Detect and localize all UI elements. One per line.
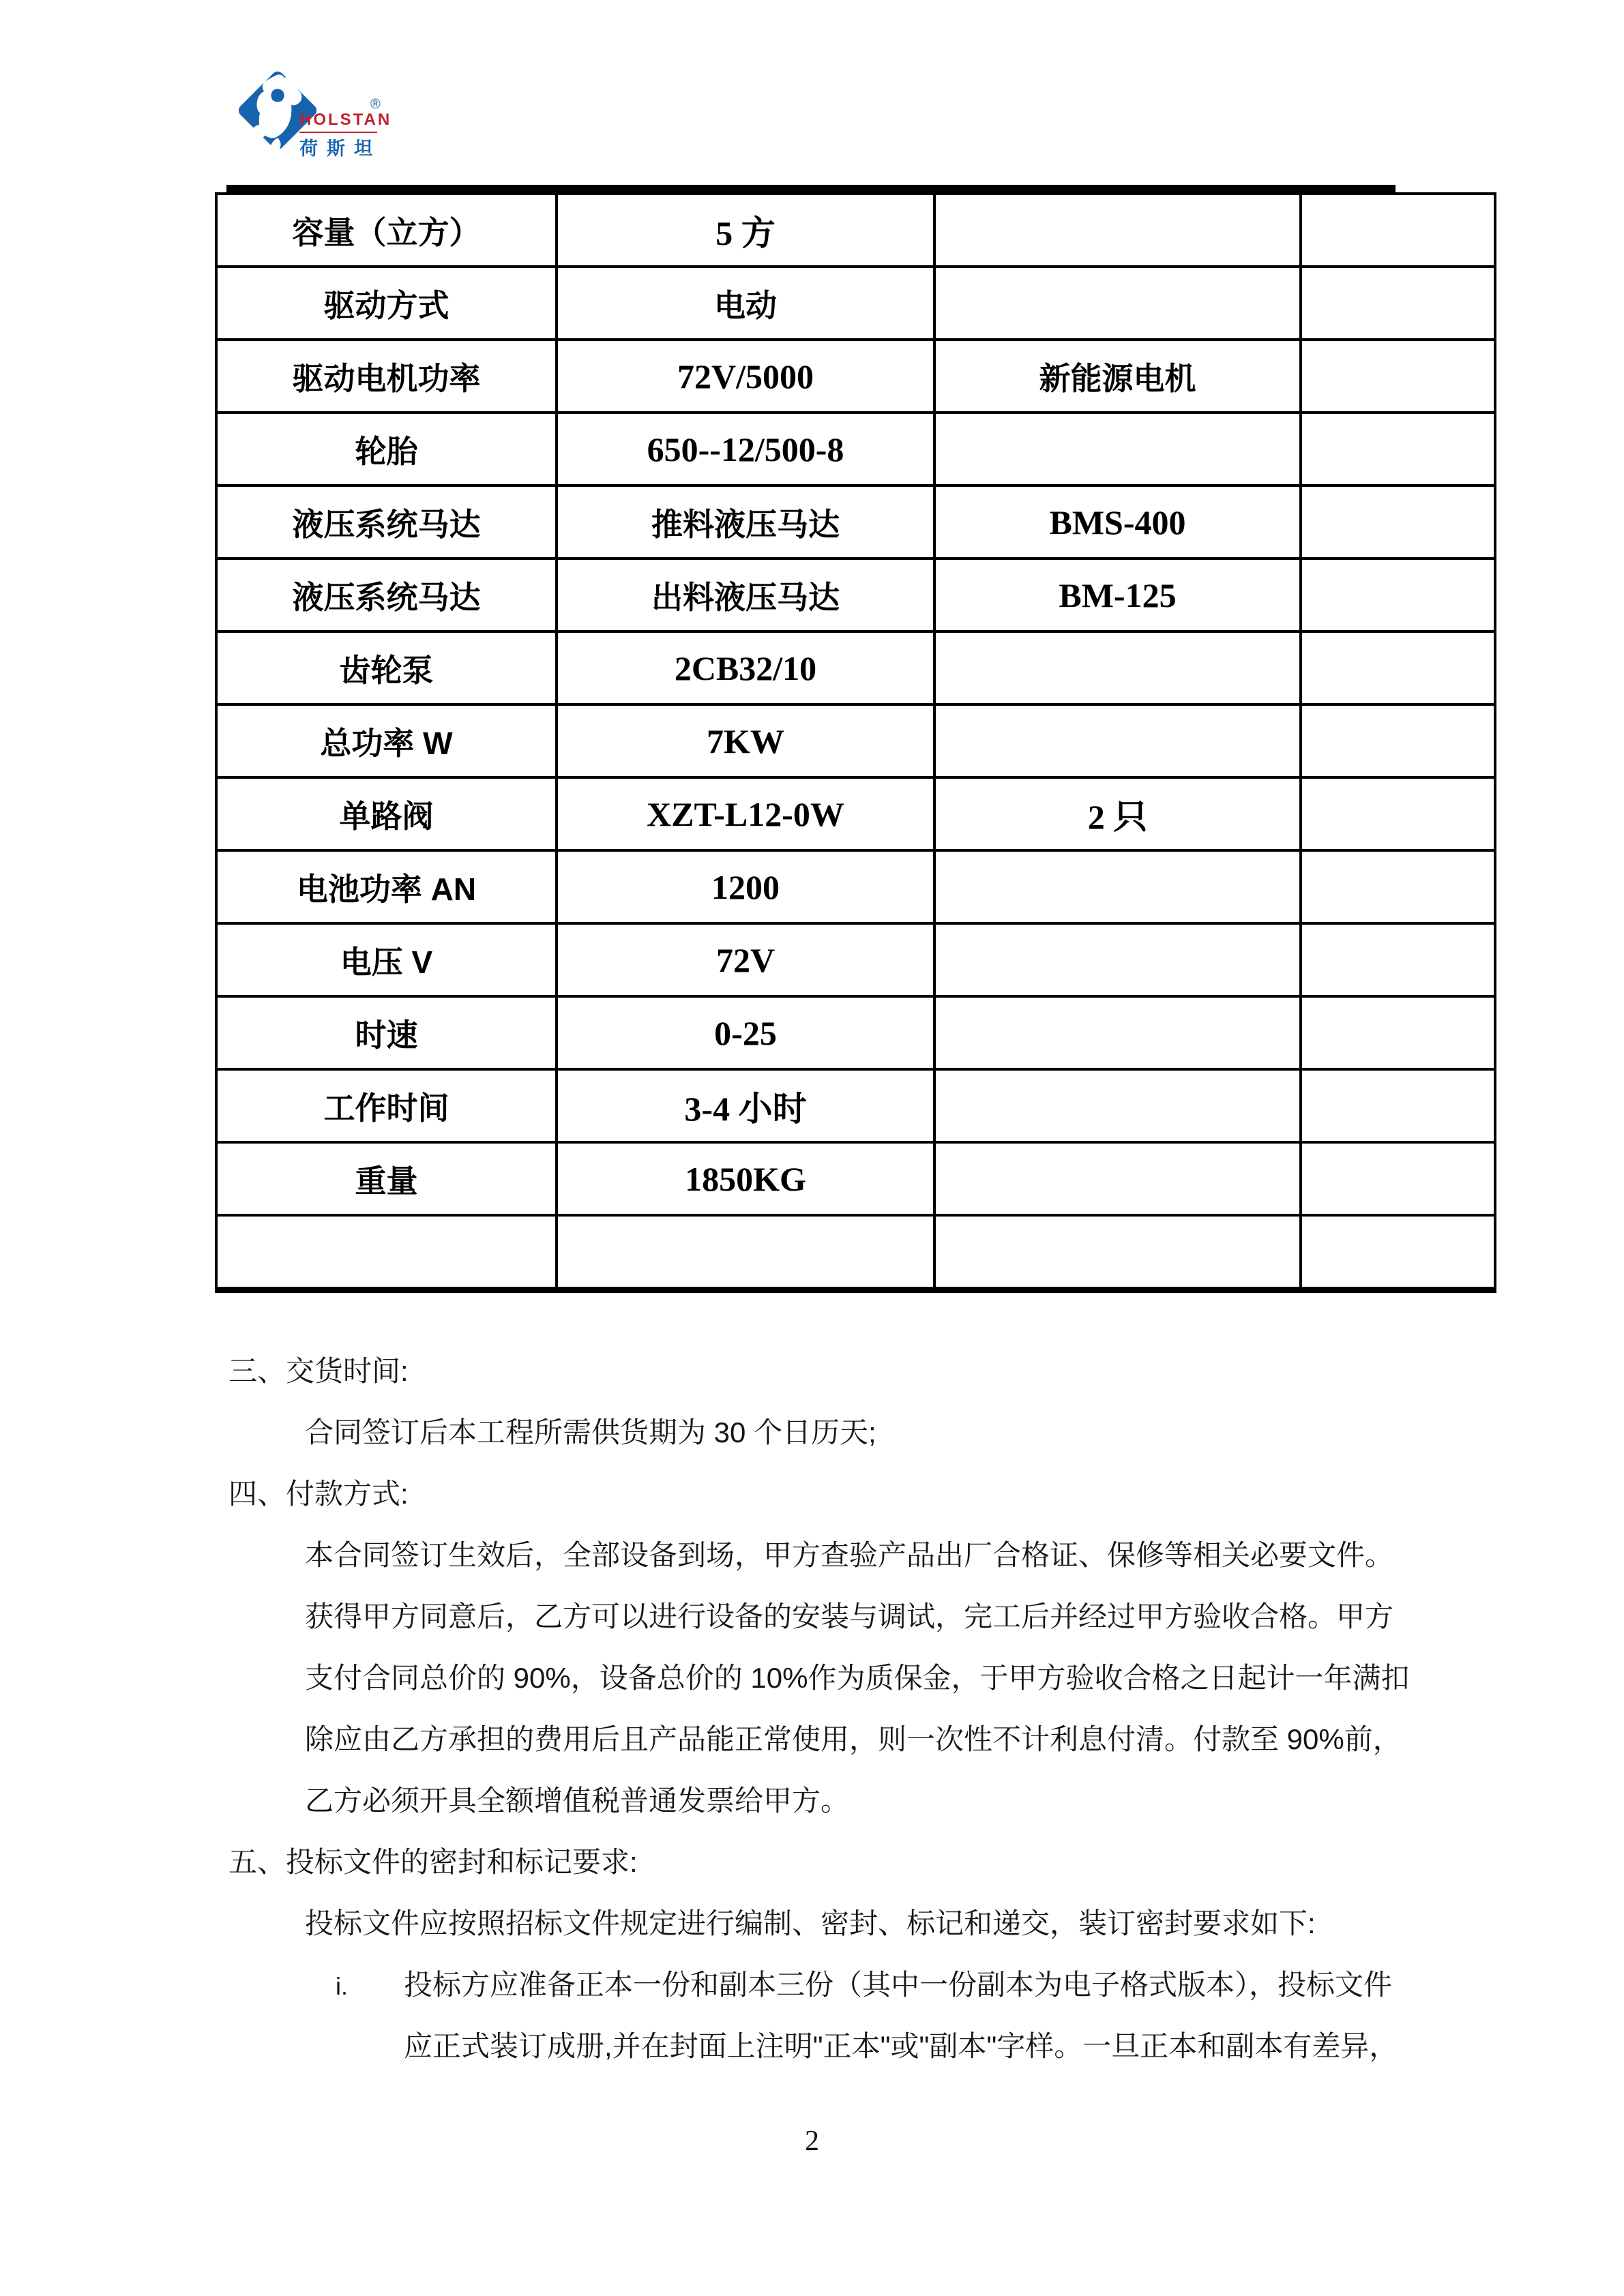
spec-label: 单路阀 bbox=[216, 777, 557, 850]
payment-terms-line-3: 支付合同总价的 90%，设备总价的 10%作为质保金，于甲方验收合格之日起计一年… bbox=[305, 1661, 1409, 1695]
table-row: 总功率 W 7KW bbox=[216, 704, 1495, 777]
spec-value: 650--12/500-8 bbox=[557, 413, 934, 486]
spec-label: 总功率 W bbox=[216, 704, 557, 777]
table-row: 驱动电机功率 72V/5000 新能源电机 bbox=[216, 340, 1495, 413]
spec-label: 电池功率 AN bbox=[216, 850, 557, 923]
table-row: 重量 1850KG bbox=[216, 1142, 1495, 1215]
spec-extra bbox=[1301, 194, 1495, 267]
spec-value: XZT-L12-0W bbox=[557, 777, 934, 850]
spec-note bbox=[934, 1215, 1301, 1290]
spec-label: 液压系统马达 bbox=[216, 558, 557, 631]
spec-extra bbox=[1301, 1142, 1495, 1215]
payment-terms-line-1: 本合同签订生效后，全部设备到场，甲方查验产品出厂合格证、保修等相关必要文件。 bbox=[305, 1538, 1393, 1572]
spec-note bbox=[934, 194, 1301, 267]
spec-label: 时速 bbox=[216, 996, 557, 1069]
spec-extra bbox=[1301, 1069, 1495, 1142]
spec-label: 容量（立方） bbox=[216, 194, 557, 267]
table-row: 轮胎 650--12/500-8 bbox=[216, 413, 1495, 486]
brand-underline bbox=[299, 132, 377, 133]
spec-note bbox=[934, 704, 1301, 777]
brand-name: HOLSTAN bbox=[299, 110, 392, 130]
spec-note bbox=[934, 1142, 1301, 1215]
spec-extra bbox=[1301, 777, 1495, 850]
spec-extra bbox=[1301, 486, 1495, 558]
table-row: 电压 V 72V bbox=[216, 923, 1495, 996]
list-item-line-2: 应正式装订成册,并在封面上注明"正本"或"副本"字样。一旦正本和副本有差异， bbox=[404, 2029, 1398, 2063]
spec-value bbox=[557, 1215, 934, 1290]
spec-label: 驱动方式 bbox=[216, 267, 557, 340]
table-row: 驱动方式 电动 bbox=[216, 267, 1495, 340]
table-row: 单路阀 XZT-L12-0W 2 只 bbox=[216, 777, 1495, 850]
spec-value: 0-25 bbox=[557, 996, 934, 1069]
spec-note bbox=[934, 996, 1301, 1069]
spec-value: 1850KG bbox=[557, 1142, 934, 1215]
spec-value: 72V/5000 bbox=[557, 340, 934, 413]
spec-value: 出料液压马达 bbox=[557, 558, 934, 631]
spec-extra bbox=[1301, 1215, 1495, 1290]
spec-extra bbox=[1301, 267, 1495, 340]
spec-extra bbox=[1301, 558, 1495, 631]
section-3-heading: 三、交货时间: bbox=[228, 1354, 409, 1388]
spec-extra bbox=[1301, 631, 1495, 704]
spec-extra bbox=[1301, 413, 1495, 486]
spec-note: 新能源电机 bbox=[934, 340, 1301, 413]
spec-extra bbox=[1301, 340, 1495, 413]
spec-label bbox=[216, 1215, 557, 1290]
table-row: 齿轮泵 2CB32/10 bbox=[216, 631, 1495, 704]
spec-note bbox=[934, 850, 1301, 923]
spec-value: 推料液压马达 bbox=[557, 486, 934, 558]
spec-note: BMS-400 bbox=[934, 486, 1301, 558]
payment-terms-line-2: 获得甲方同意后，乙方可以进行设备的安装与调试，完工后并经过甲方验收合格。甲方 bbox=[305, 1600, 1393, 1634]
spec-label: 轮胎 bbox=[216, 413, 557, 486]
spec-label: 重量 bbox=[216, 1142, 557, 1215]
table-row: 液压系统马达 出料液压马达 BM-125 bbox=[216, 558, 1495, 631]
spec-value: 电动 bbox=[557, 267, 934, 340]
spec-note bbox=[934, 1069, 1301, 1142]
spec-label: 工作时间 bbox=[216, 1069, 557, 1142]
spec-note: BM-125 bbox=[934, 558, 1301, 631]
spec-label: 齿轮泵 bbox=[216, 631, 557, 704]
spec-value: 3-4 小时 bbox=[557, 1069, 934, 1142]
spec-note bbox=[934, 413, 1301, 486]
company-logo: HOLSTAN ® 荷斯坦 bbox=[235, 63, 399, 172]
table-row: 时速 0-25 bbox=[216, 996, 1495, 1069]
spec-table: 容量（立方） 5 方 驱动方式 电动 驱动电机功率 72V/5000 新能源电机… bbox=[215, 192, 1496, 1293]
spec-value: 5 方 bbox=[557, 194, 934, 267]
table-row: 工作时间 3-4 小时 bbox=[216, 1069, 1495, 1142]
spec-label: 液压系统马达 bbox=[216, 486, 557, 558]
spec-value: 1200 bbox=[557, 850, 934, 923]
spec-note: 2 只 bbox=[934, 777, 1301, 850]
brand-name-chinese: 荷斯坦 bbox=[299, 134, 381, 160]
spec-value: 72V bbox=[557, 923, 934, 996]
spec-extra bbox=[1301, 923, 1495, 996]
list-item-marker: i. bbox=[336, 1972, 348, 2001]
table-row: 液压系统马达 推料液压马达 BMS-400 bbox=[216, 486, 1495, 558]
document-page: HOLSTAN ® 荷斯坦 容量（立方） 5 方 驱动方式 电动 驱动电机 bbox=[0, 0, 1624, 2296]
table-row: 电池功率 AN 1200 bbox=[216, 850, 1495, 923]
spec-note bbox=[934, 631, 1301, 704]
spec-value: 7KW bbox=[557, 704, 934, 777]
payment-terms-line-4: 除应由乙方承担的费用后且产品能正常使用，则一次性不计利息付清。付款至 90%前， bbox=[305, 1723, 1402, 1757]
spec-label: 驱动电机功率 bbox=[216, 340, 557, 413]
sealing-requirements-intro: 投标文件应按照招标文件规定进行编制、密封、标记和递交，装订密封要求如下: bbox=[305, 1907, 1316, 1941]
section-4-heading: 四、付款方式: bbox=[228, 1477, 409, 1511]
section-5-heading: 五、投标文件的密封和标记要求: bbox=[228, 1845, 638, 1879]
spec-label: 电压 V bbox=[216, 923, 557, 996]
spec-extra bbox=[1301, 704, 1495, 777]
spec-note bbox=[934, 267, 1301, 340]
table-row bbox=[216, 1215, 1495, 1290]
spec-extra bbox=[1301, 850, 1495, 923]
registered-mark-icon: ® bbox=[370, 97, 381, 113]
list-item-line-1: 投标方应准备正本一份和副本三份（其中一份副本为电子格式版本），投标文件 bbox=[404, 1968, 1392, 2002]
payment-terms-line-5: 乙方必须开具全额增值税普通发票给甲方。 bbox=[305, 1784, 849, 1818]
page-number: 2 bbox=[0, 2125, 1624, 2158]
spec-value: 2CB32/10 bbox=[557, 631, 934, 704]
table-row: 容量（立方） 5 方 bbox=[216, 194, 1495, 267]
delivery-time-text: 合同签订后本工程所需供货期为 30 个日历天; bbox=[305, 1416, 876, 1450]
spec-note bbox=[934, 923, 1301, 996]
spec-extra bbox=[1301, 996, 1495, 1069]
